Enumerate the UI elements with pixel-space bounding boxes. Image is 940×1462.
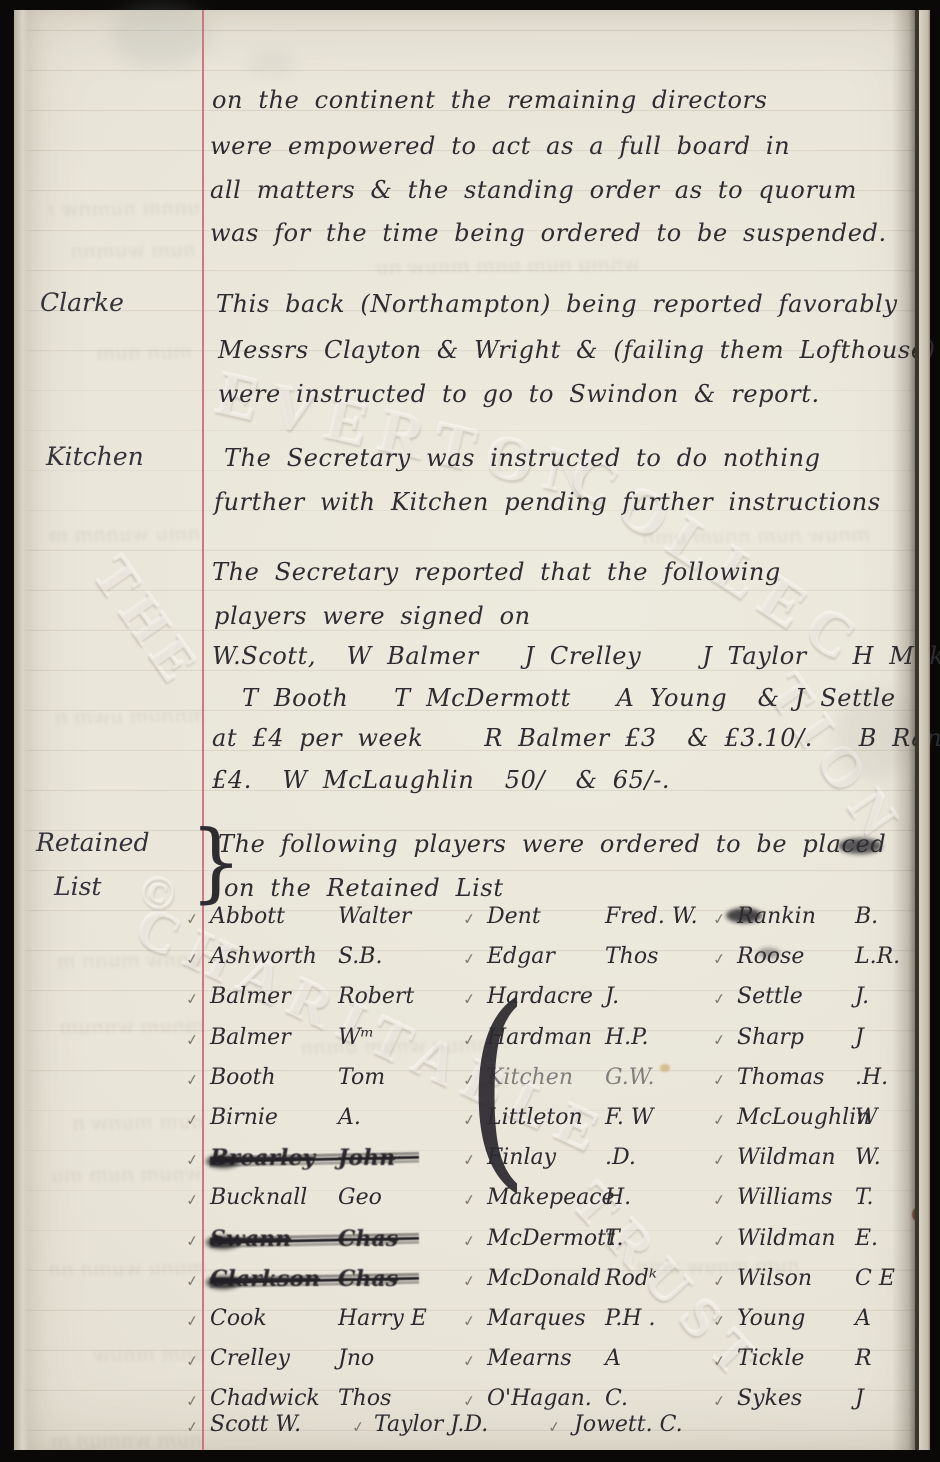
player-name: RooseL.R.: [737, 944, 915, 969]
check-icon: ✓: [462, 1030, 477, 1050]
player-name: McDermottT.: [487, 1226, 712, 1251]
check-icon: ✓: [185, 949, 200, 969]
table-row: ✓ BirnieA. ✓ LittletonF. W ✓ McLoughlinW: [14, 1103, 915, 1143]
table-row: ✓ BalmerRobert ✓ HardacreJ. ✓ SettleJ.: [14, 982, 915, 1022]
check-icon: ✓: [185, 1351, 200, 1371]
player-name: MarquesP.H .: [487, 1306, 712, 1331]
player-name: SykesJ: [737, 1386, 915, 1411]
check-icon: ✓: [712, 1231, 727, 1251]
check-icon: ✓: [462, 1191, 477, 1211]
player-name: Finlay.D.: [487, 1145, 712, 1170]
player-name: SharpJ: [737, 1025, 915, 1050]
table-row: ✓ CookHarry E ✓ MarquesP.H . ✓ YoungA: [14, 1304, 915, 1344]
gutter-shadow: [892, 10, 915, 1450]
player-name: AbbottWalter: [210, 904, 465, 929]
check-icon: ✓: [462, 1150, 477, 1170]
player-name: AshworthS.B.: [210, 944, 465, 969]
player-name: Scott W.: [210, 1412, 301, 1437]
check-icon: ✓: [462, 990, 477, 1010]
check-icon: ✓: [462, 1070, 477, 1090]
check-icon: ✓: [712, 1191, 727, 1211]
player-name: MakepeaceH.: [487, 1185, 712, 1210]
player-name: WildmanE.: [737, 1226, 915, 1251]
check-icon: ✓: [547, 1417, 562, 1437]
player-name: WilsonC E: [737, 1266, 915, 1291]
player-name: EdgarThos: [487, 944, 712, 969]
check-icon: ✓: [185, 1030, 200, 1050]
next-page-sliver: [919, 10, 930, 1450]
table-row: ✓ BoothTom ✓ KitchenG.W. ✓ Thomas.H.: [14, 1063, 915, 1103]
check-icon: ✓: [462, 1351, 477, 1371]
player-name: SettleJ.: [737, 984, 915, 1009]
check-icon: ✓: [185, 1070, 200, 1090]
player-name: YoungA: [737, 1306, 915, 1331]
player-name: MearnsA: [487, 1346, 712, 1371]
check-icon: ✓: [712, 909, 727, 929]
check-icon: ✓: [185, 1311, 200, 1331]
table-row: ✓ AshworthS.B. ✓ EdgarThos ✓ RooseL.R.: [14, 942, 915, 982]
player-name: BalmerRobert: [210, 984, 465, 1009]
player-name: O'Hagan.C.: [487, 1386, 712, 1411]
player-name: Jowett. C.: [574, 1412, 683, 1437]
check-icon: ✓: [185, 1417, 200, 1437]
table-row: ✓ BrearleyJohn ✓ Finlay.D. ✓ WildmanW.: [14, 1143, 915, 1183]
check-icon: ✓: [712, 1070, 727, 1090]
player-name: Taylor J.D.: [374, 1412, 488, 1437]
table-row: ✓ BucknallGeo ✓ MakepeaceH. ✓ WilliamsT.: [14, 1183, 915, 1223]
player-name: HardacreJ.: [487, 984, 712, 1009]
check-icon: ✓: [712, 1351, 727, 1371]
player-name: KitchenG.W.: [487, 1065, 712, 1090]
player-name: TickleR: [737, 1346, 915, 1371]
check-icon: ✓: [462, 1392, 477, 1412]
check-icon: ✓: [185, 1150, 200, 1170]
player-name: McDonaldRodᵏ: [487, 1266, 712, 1291]
player-name: CrelleyJno: [210, 1346, 465, 1371]
check-icon: ✓: [462, 1110, 477, 1130]
table-row: ✓ SwannChas ✓ McDermottT. ✓ WildmanE.: [14, 1224, 915, 1264]
player-name: McLoughlinW: [737, 1105, 915, 1130]
ledger-page: THE EVERTON COLLEC TION CHARITABLE TRUST…: [14, 10, 930, 1450]
player-name: WilliamsT.: [737, 1185, 915, 1210]
check-icon: ✓: [185, 909, 200, 929]
check-icon: ✓: [462, 1271, 477, 1291]
check-icon: ✓: [185, 990, 200, 1010]
player-name: BucknallGeo: [210, 1185, 465, 1210]
check-icon: ✓: [712, 949, 727, 969]
check-icon: ✓: [185, 1271, 200, 1291]
table-row: ✓ ClarksonChas ✓ McDonaldRodᵏ ✓ WilsonC …: [14, 1264, 915, 1304]
player-name: RankinB.: [737, 904, 915, 929]
page-left-edge: [14, 10, 30, 1450]
player-name: BalmerWᵐ: [210, 1025, 465, 1050]
check-icon: ✓: [712, 1271, 727, 1291]
check-icon: ✓: [462, 1231, 477, 1251]
table-row: ✓ BalmerWᵐ ✓ HardmanH.P. ✓ SharpJ: [14, 1023, 915, 1063]
player-name: CookHarry E: [210, 1306, 465, 1331]
check-icon: ✓: [462, 909, 477, 929]
player-name: LittletonF. W: [487, 1105, 712, 1130]
check-icon: ✓: [712, 990, 727, 1010]
check-icon: ✓: [712, 1030, 727, 1050]
check-icon: ✓: [185, 1231, 200, 1251]
retained-list: ✓ AbbottWalter ✓ DentFred. W. ✓ RankinB.…: [14, 10, 915, 1450]
check-icon: ✓: [185, 1392, 200, 1412]
player-name: BoothTom: [210, 1065, 465, 1090]
player-name: ChadwickThos: [210, 1386, 465, 1411]
check-icon: ✓: [712, 1150, 727, 1170]
scanned-minute-book-photo: { "watermark": { "the": "THE", "everton"…: [0, 0, 940, 1462]
check-icon: ✓: [712, 1311, 727, 1331]
check-icon: ✓: [462, 1311, 477, 1331]
player-name: SwannChas: [210, 1226, 465, 1252]
check-icon: ✓: [185, 1191, 200, 1211]
player-name: BirnieA.: [210, 1105, 465, 1130]
check-icon: ✓: [351, 1417, 366, 1437]
player-name: ClarksonChas: [210, 1266, 465, 1292]
check-icon: ✓: [462, 949, 477, 969]
player-name: BrearleyJohn: [210, 1145, 465, 1171]
player-name: Thomas.H.: [737, 1065, 915, 1090]
player-name: DentFred. W.: [487, 904, 712, 929]
check-icon: ✓: [185, 1110, 200, 1130]
table-row: ✓ AbbottWalter ✓ DentFred. W. ✓ RankinB.: [14, 902, 915, 942]
player-name: WildmanW.: [737, 1145, 915, 1170]
player-name: HardmanH.P.: [487, 1025, 712, 1050]
table-row: ✓ CrelleyJno ✓ MearnsA ✓ TickleR: [14, 1344, 915, 1384]
check-icon: ✓: [712, 1110, 727, 1130]
check-icon: ✓: [712, 1392, 727, 1412]
